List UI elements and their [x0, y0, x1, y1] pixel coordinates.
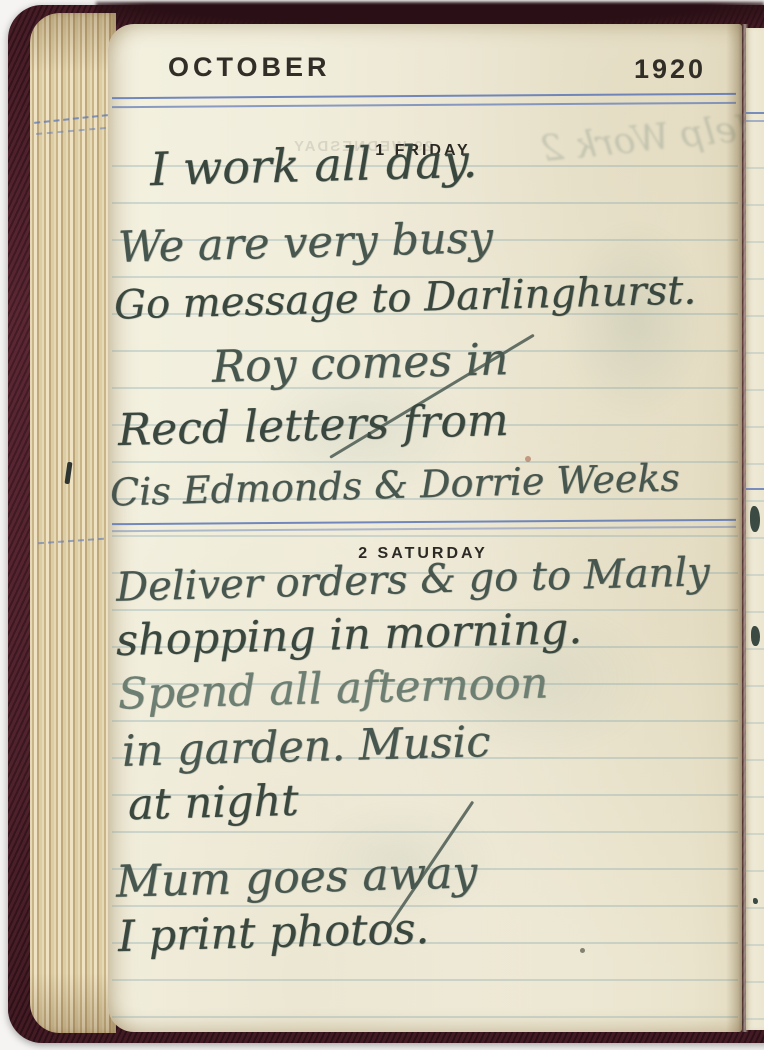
- year-header: 1920: [634, 54, 706, 85]
- handwriting-line: I print photos.: [117, 908, 429, 959]
- facing-page-ink-fragment: [753, 898, 758, 904]
- diary-photo: OCTOBER 1920 29 WEDNESDAY Help Work 2 1 …: [0, 0, 764, 1050]
- facing-page-header-rule: [746, 120, 764, 122]
- page-edge-stack: [30, 13, 116, 1033]
- facing-page-divider-rule: [746, 488, 764, 490]
- handwriting-line: Mum goes away: [115, 851, 477, 904]
- facing-page-ink-fragment: [750, 506, 760, 532]
- month-header: OCTOBER: [168, 52, 331, 83]
- facing-page-rules: [746, 132, 764, 1030]
- facing-page-ink-fragment: [751, 626, 760, 646]
- handwriting-line: Recd letters from: [117, 399, 509, 453]
- gutter-crease: [726, 24, 748, 1032]
- handwriting-line: in garden. Music: [122, 721, 491, 774]
- handwriting-line: We are very busy: [118, 217, 494, 270]
- handwriting-line: I work all day.: [149, 138, 477, 193]
- facing-page-sliver: [746, 28, 764, 1030]
- handwriting-line: Roy comes in: [211, 338, 508, 390]
- handwriting-line: shopping in morning.: [116, 608, 583, 663]
- facing-page-header-rule: [746, 112, 764, 114]
- handwriting-line: Spend all afternoon: [118, 662, 549, 716]
- paper-stain: [580, 948, 585, 953]
- handwriting-line: at night: [127, 780, 299, 827]
